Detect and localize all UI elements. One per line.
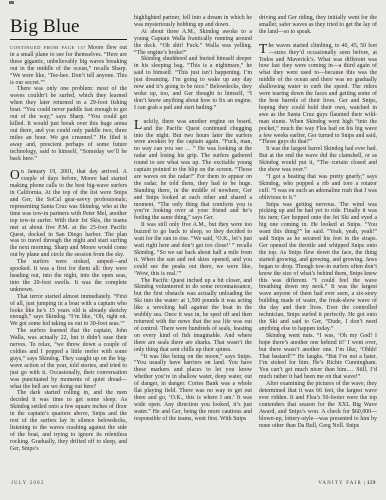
paragraph: The dark started rolling in, and the men… [10,390,127,452]
paragraph: On January 19, 2001, that day arrived. A… [10,169,127,259]
footer-brand: Vanity Fair [318,481,362,486]
paragraph: “I got a beating that was pretty gnarly,… [259,174,377,202]
paragraph: driving and Ger riding, they initially w… [259,15,377,36]
paragraph: “It was like being on the moon,” says Sn… [134,354,252,423]
paragraph: Snips was getting nervous. The wind was … [259,202,377,333]
title-rule [10,39,127,40]
column-left: Big Blue Continued from page 137Moore fl… [10,0,127,478]
paragraph: The surfers learned that the captain, Jo… [10,328,127,390]
paragraph: The waves started climbing, to 40, 45, 5… [259,43,377,147]
drop-cap: O [10,169,21,181]
article-columns: Big Blue Continued from page 137Moore fl… [10,0,377,478]
continued-from-label: Continued from page 137 [10,45,86,50]
paragraph: The surfers were stoked, amped—and spook… [10,259,127,294]
paragraph: There was only one problem: most of the … [10,86,127,162]
paragraph: After examining the pictures of the wave… [259,381,377,429]
paragraph-text: he waves started climbing, to 40, 45, 50… [259,43,377,146]
paragraph: It was the largest barrel Skindog had ev… [259,146,377,174]
footer-issue-date: July 2002 [11,481,45,486]
paragraph: Skindog shuddered and buried himself dee… [134,56,252,111]
paragraph-text: uckily, there was another engine on boar… [134,119,252,222]
paragraph: At about three A.M., Skindog awoke to a … [134,29,252,57]
paragraph: Skindog went nuts. “I was, ‘Oh my God! I… [259,333,377,381]
paragraph: Continued from page 137Moore flew out in… [10,45,127,86]
scan-artifact [9,1,14,4]
paragraph: highlighted partner, fell into a dream i… [134,15,252,29]
paragraph: Luckily, there was another engine on boa… [134,119,252,223]
paragraph: That terror started almost immediately. … [10,294,127,329]
paragraph: It was still only five A.M., but they we… [134,222,252,277]
magazine-page: Big Blue Continued from page 137Moore fl… [0,0,386,500]
paragraph-text: n January 19, 2001, that day arrived. A … [10,169,127,258]
footer-folio: Vanity Fair|159 [318,481,376,486]
column-right: driving and Ger riding, they initially w… [259,0,377,478]
article-title: Big Blue [10,19,127,35]
footer-divider: | [364,481,365,486]
column-middle: highlighted partner, fell into a dream i… [134,0,252,478]
paragraph-text: Moore flew out in a small plane to see f… [10,45,127,86]
footer-page-number: 159 [367,481,376,486]
paragraph: The Pacific Quest inched up a bit closer… [134,278,252,354]
